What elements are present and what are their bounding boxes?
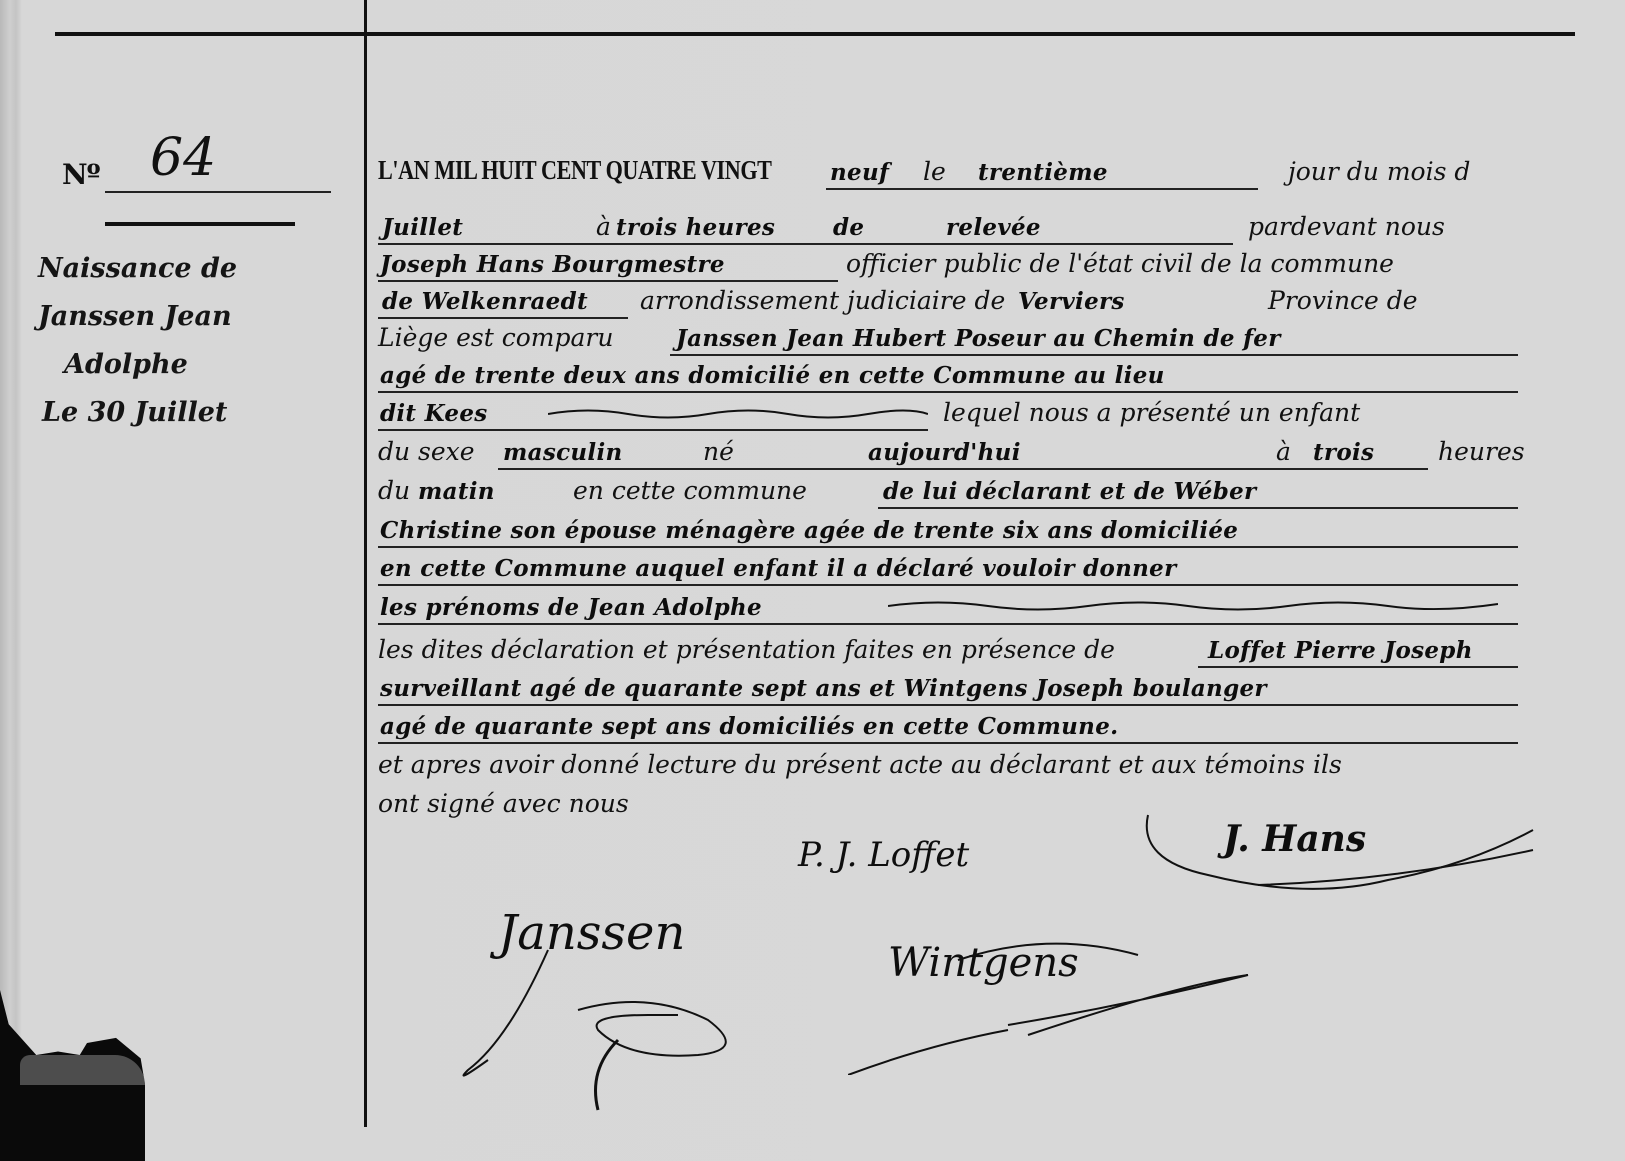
- handwritten-birth-day: aujourd'hui: [868, 439, 1021, 466]
- printed-text: heures: [1438, 437, 1525, 466]
- printed-text: du sexe: [378, 437, 475, 466]
- signature-flourish-declarant: [448, 920, 778, 1120]
- fill-line: [498, 468, 1428, 470]
- entry-number-label: Nº: [62, 158, 100, 191]
- scan-shadow-fringe: [20, 1055, 145, 1085]
- printed-text: en cette commune: [573, 476, 807, 505]
- handwritten-time-of-day: matin: [418, 478, 495, 505]
- fill-line: [378, 742, 1518, 744]
- handwritten-text: en cette Commune auquel enfant il a décl…: [380, 555, 1177, 582]
- margin-note: Naissance de Janssen Jean Adolphe Le 30 …: [38, 245, 358, 437]
- printed-text: du: [378, 476, 410, 505]
- handwritten-mother: de lui déclarant et de Wéber: [883, 478, 1256, 505]
- handwritten-child-names: les prénoms de Jean Adolphe: [380, 594, 762, 621]
- act-body: L'AN MIL HUIT CENT QUATRE VINGT neuf le …: [378, 0, 1578, 1161]
- handwritten-month: Juillet: [382, 214, 463, 241]
- handwritten-text: de: [833, 214, 864, 241]
- act-line: agé de trente deux ans domicilié en cett…: [378, 355, 1568, 393]
- handwritten-sex: masculin: [503, 439, 623, 466]
- printed-text: le: [923, 157, 946, 186]
- signature-flourish-witness-2: [848, 935, 1268, 1075]
- fill-line: [878, 507, 1518, 509]
- printed-text: à: [596, 212, 611, 241]
- signature-flourish-officer: [1138, 810, 1538, 900]
- handwritten-day: trentième: [978, 159, 1108, 186]
- handwritten-place: dit Kees: [380, 400, 488, 427]
- filler-stroke: [888, 599, 1498, 613]
- printed-text: Liège est comparu: [378, 323, 613, 352]
- act-line: du matin en cette commune de lui déclara…: [378, 471, 1568, 509]
- handwritten-witness-1: Loffet Pierre Joseph: [1208, 637, 1473, 664]
- act-line: Liège est comparu Janssen Jean Hubert Po…: [378, 318, 1568, 356]
- filler-stroke: [548, 407, 928, 421]
- handwritten-year: neuf: [830, 159, 889, 186]
- fill-line: [378, 429, 928, 431]
- register-page: Nº 64 Naissance de Janssen Jean Adolphe …: [0, 0, 1625, 1161]
- act-line: Christine son épouse ménagère agée de tr…: [378, 510, 1568, 548]
- printed-text: les dites déclaration et présentation fa…: [378, 635, 1115, 664]
- act-line: agé de quarante sept ans domiciliés en c…: [378, 706, 1568, 744]
- handwritten-text: agé de quarante sept ans domiciliés en c…: [380, 713, 1118, 740]
- signature-witness-1: P. J. Loffet: [798, 835, 969, 875]
- printed-text: né: [703, 437, 734, 466]
- act-line: Juillet à trois heures de relevée pardev…: [378, 207, 1568, 245]
- printed-text: arrondissement judiciaire de: [640, 286, 1005, 315]
- handwritten-text: Christine son épouse ménagère agée de tr…: [380, 517, 1238, 544]
- handwritten-officer: Joseph Hans Bourgmestre: [380, 251, 725, 278]
- handwritten-time-of-day: relevée: [946, 214, 1041, 241]
- act-line: Joseph Hans Bourgmestre officier public …: [378, 244, 1568, 282]
- margin-note-line: Adolphe: [64, 341, 358, 389]
- printed-text: pardevant nous: [1248, 212, 1445, 241]
- fill-line: [378, 623, 1518, 625]
- column-divider: [364, 0, 367, 1127]
- printed-text: Province de: [1268, 286, 1418, 315]
- entry-number-value: 64: [150, 128, 216, 188]
- act-line: L'AN MIL HUIT CENT QUATRE VINGT neuf le …: [378, 152, 1568, 190]
- handwritten-witness-2: surveillant agé de quarante sept ans et …: [380, 675, 1267, 702]
- handwritten-district: Verviers: [1018, 288, 1125, 315]
- printed-text: lequel nous a présenté un enfant: [943, 398, 1360, 427]
- handwritten-hour: trois heures: [616, 214, 775, 241]
- act-line: de Welkenraedt arrondissement judiciaire…: [378, 281, 1568, 319]
- handwritten-birth-hour: trois: [1313, 439, 1374, 466]
- margin-note-line: Naissance de: [38, 245, 358, 293]
- act-line: du sexe masculin né aujourd'hui à trois …: [378, 432, 1568, 470]
- printed-text: ont signé avec nous: [378, 789, 629, 818]
- handwritten-declarant: Janssen Jean Hubert Poseur au Chemin de …: [676, 325, 1281, 352]
- margin-note-line: Janssen Jean: [38, 293, 358, 341]
- handwritten-text: agé de trente deux ans domicilié en cett…: [380, 362, 1165, 389]
- act-line: et apres avoir donné lecture du présent …: [378, 745, 1568, 783]
- margin-note-line: Le 30 Juillet: [42, 389, 358, 437]
- entry-number-underline: [105, 191, 331, 193]
- act-line: dit Kees lequel nous a présenté un enfan…: [378, 393, 1568, 431]
- fill-line: [378, 584, 1518, 586]
- entry-number-rule: [105, 222, 295, 226]
- fill-line: [826, 188, 1258, 190]
- printed-text: officier public de l'état civil de la co…: [846, 249, 1394, 278]
- act-line: en cette Commune auquel enfant il a décl…: [378, 548, 1568, 586]
- act-line: les dites déclaration et présentation fa…: [378, 630, 1568, 668]
- printed-year-prefix: L'AN MIL HUIT CENT QUATRE VINGT: [378, 155, 771, 186]
- printed-text: à: [1276, 437, 1291, 466]
- act-line: les prénoms de Jean Adolphe: [378, 587, 1568, 625]
- act-line: surveillant agé de quarante sept ans et …: [378, 668, 1568, 706]
- handwritten-commune: de Welkenraedt: [382, 288, 588, 315]
- printed-text: jour du mois d: [1288, 157, 1470, 186]
- printed-text: et apres avoir donné lecture du présent …: [378, 750, 1342, 779]
